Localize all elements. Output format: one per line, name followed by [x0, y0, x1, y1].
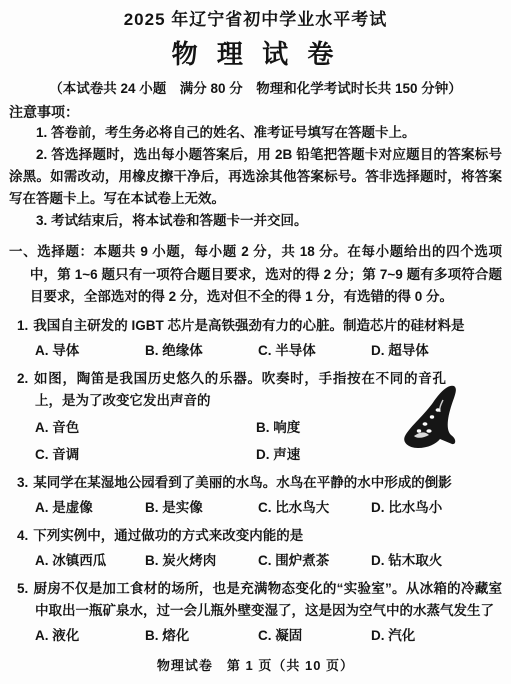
options-row: A. 导体 B. 绝缘体 C. 半导体 D. 超导体	[9, 340, 502, 362]
exam-title: 2025 年辽宁省初中学业水平考试	[9, 8, 502, 32]
q5-option-D: D. 汽化	[371, 625, 502, 647]
question-body: 如图，陶笛是我国历史悠久的乐器。吹奏时，手指按在不同的音孔上，是为了改变它发出声…	[33, 371, 446, 408]
section-instructions: 一、选择题：本题共 9 小题，每小题 2 分，共 18 分。在每小题给出的四个选…	[9, 241, 502, 309]
question-number: 3.	[17, 475, 28, 490]
question-text: 4.下列实例中，通过做功的方式来改变内能的是	[9, 525, 502, 547]
page-footer: 物理试卷 第 1 页（共 10 页）	[0, 655, 511, 677]
question-3: 3.某同学在某湿地公园看到了美丽的水鸟。水鸟在平静的水中形成的倒影 A. 是虚像…	[9, 472, 502, 519]
question-text: 1.我国自主研发的 IGBT 芯片是高铁强劲有力的心脏。制造芯片的硅材料是	[9, 315, 502, 337]
question-5: 5.厨房不仅是加工食材的场所，也是充满物态变化的“实验室”。从冰箱的冷藏室中取出…	[9, 578, 502, 647]
question-1: 1.我国自主研发的 IGBT 芯片是高铁强劲有力的心脏。制造芯片的硅材料是 A.…	[9, 315, 502, 362]
q3-option-D: D. 比水鸟小	[371, 497, 502, 519]
q3-option-C: C. 比水鸟大	[258, 497, 371, 519]
notice-item-3: 3. 考试结束后，将本试卷和答题卡一并交回。	[9, 210, 502, 232]
question-body: 下列实例中，通过做功的方式来改变内能的是	[33, 528, 303, 543]
q4-option-D: D. 钻木取火	[371, 550, 502, 572]
q5-option-B: B. 熔化	[145, 625, 258, 647]
q4-option-A: A. 冰镇西瓜	[35, 550, 145, 572]
ocarina-icon	[396, 384, 466, 448]
question-number: 5.	[17, 581, 28, 596]
options-row: A. 冰镇西瓜 B. 炭火烤肉 C. 围炉煮茶 D. 钻木取火	[9, 550, 502, 572]
question-text: 5.厨房不仅是加工食材的场所，也是充满物态变化的“实验室”。从冰箱的冷藏室中取出…	[9, 578, 502, 622]
question-body: 我国自主研发的 IGBT 芯片是高铁强劲有力的心脏。制造芯片的硅材料是	[33, 318, 464, 333]
q5-option-C: C. 凝固	[258, 625, 371, 647]
question-body: 厨房不仅是加工食材的场所，也是充满物态变化的“实验室”。从冰箱的冷藏室中取出一瓶…	[33, 581, 502, 618]
q3-option-A: A. 是虚像	[35, 497, 145, 519]
q1-option-A: A. 导体	[35, 340, 145, 362]
question-number: 1.	[17, 318, 28, 333]
exam-page: 2025 年辽宁省初中学业水平考试 物 理 试 卷 （本试卷共 24 小题 满分…	[0, 0, 511, 684]
question-2: 2.如图，陶笛是我国历史悠久的乐器。吹奏时，手指按在不同的音孔上，是为了改变它发…	[9, 368, 502, 466]
q2-option-A: A. 音色	[35, 417, 256, 439]
notice-item-2: 2. 答选择题时，选出每小题答案后，用 2B 铅笔把答题卡对应题目的答案标号涂黑…	[9, 144, 502, 210]
ocarina-figure	[396, 384, 466, 448]
q5-option-A: A. 液化	[35, 625, 145, 647]
notice-item-1: 1. 答卷前，考生务必将自己的姓名、准考证号填写在答题卡上。	[9, 122, 502, 144]
question-number: 2.	[17, 371, 28, 386]
options-row: A. 液化 B. 熔化 C. 凝固 D. 汽化	[9, 625, 502, 647]
q1-option-D: D. 超导体	[371, 340, 502, 362]
options-row: A. 是虚像 B. 是实像 C. 比水鸟大 D. 比水鸟小	[9, 497, 502, 519]
q3-option-B: B. 是实像	[145, 497, 258, 519]
paper-subtitle: （本试卷共 24 小题 满分 80 分 物理和化学考试时长共 150 分钟）	[9, 80, 502, 98]
paper-title: 物 理 试 卷	[9, 37, 502, 71]
q2-option-C: C. 音调	[35, 444, 256, 466]
question-text: 3.某同学在某湿地公园看到了美丽的水鸟。水鸟在平静的水中形成的倒影	[9, 472, 502, 494]
question-body: 某同学在某湿地公园看到了美丽的水鸟。水鸟在平静的水中形成的倒影	[33, 475, 452, 490]
question-4: 4.下列实例中，通过做功的方式来改变内能的是 A. 冰镇西瓜 B. 炭火烤肉 C…	[9, 525, 502, 572]
question-number: 4.	[17, 528, 28, 543]
q4-option-C: C. 围炉煮茶	[258, 550, 371, 572]
notice-heading: 注意事项：	[9, 103, 502, 122]
q1-option-B: B. 绝缘体	[145, 340, 258, 362]
q1-option-C: C. 半导体	[258, 340, 371, 362]
q4-option-B: B. 炭火烤肉	[145, 550, 258, 572]
